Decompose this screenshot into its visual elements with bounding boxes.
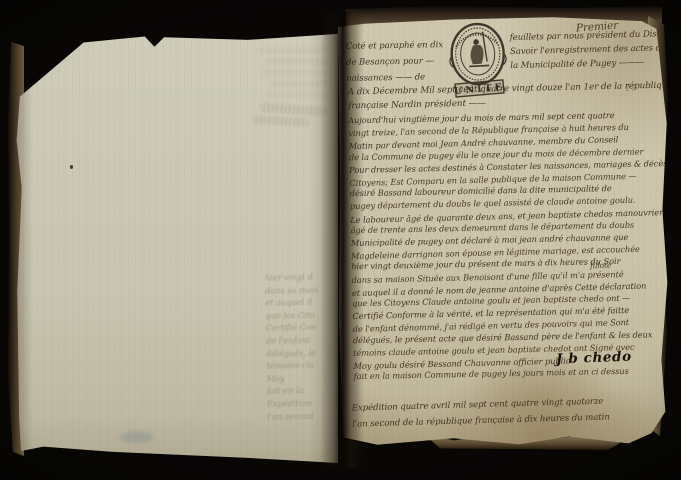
- showthrough-line: Expédition: [267, 396, 338, 410]
- header-left-block: Coté et paraphé en dix de Besançon pour …: [346, 37, 444, 87]
- offset-note-scribble: [252, 115, 310, 126]
- offset-note-scribble: [260, 103, 328, 117]
- left-page: hier vingt d dans sa mais et auquel il q…: [16, 33, 338, 463]
- act-body: Aujourd'hui vingtième jour du mois de ma…: [348, 108, 668, 383]
- showthrough-smudge: [262, 69, 332, 76]
- showthrough-line: et auquel il: [265, 296, 337, 310]
- showthrough-line: que les Cito: [265, 308, 337, 322]
- showthrough-line: fait en la: [267, 384, 338, 398]
- showthrough-line: l'an second: [267, 409, 338, 423]
- showthrough-line: dans sa mais: [265, 283, 337, 297]
- header-line: de Besançon pour —: [346, 53, 444, 71]
- header-line: Coté et paraphé en dix: [346, 37, 444, 55]
- header-right-block: feuillets par nous président du District…: [510, 27, 668, 73]
- showthrough-smudge: [270, 79, 330, 87]
- paper-speck: [70, 165, 73, 169]
- revolutionary-stamp: UNITE: [443, 16, 513, 103]
- showthrough-smudge: [258, 47, 330, 54]
- register-photo: hier vingt d dans sa mais et auquel il q…: [0, 0, 681, 480]
- right-page: Premier 17 UNITE Coté et paraphé en dix …: [338, 16, 668, 446]
- showthrough-line: hier vingt d: [265, 270, 337, 284]
- stamp-seated-figure: [470, 45, 484, 65]
- showthrough-smudge: [266, 91, 328, 98]
- ink-smudge: [120, 431, 154, 443]
- stamp-figure-head: [473, 39, 479, 45]
- page-tear: [145, 29, 158, 40]
- showthrough-line: Moy: [266, 371, 338, 385]
- witness-signature: J b chedo: [556, 349, 632, 368]
- showthrough-text-column: hier vingt d dans sa mais et auquel il q…: [265, 270, 338, 422]
- closing-block: Expédition quatre avril mil sept cent qu…: [352, 394, 610, 432]
- interline-correction: fillote: [590, 261, 612, 271]
- showthrough-smudge: [266, 57, 330, 65]
- stamp-base-line: [469, 65, 489, 66]
- header-line: la Municipalité de Pugey ———: [510, 55, 668, 73]
